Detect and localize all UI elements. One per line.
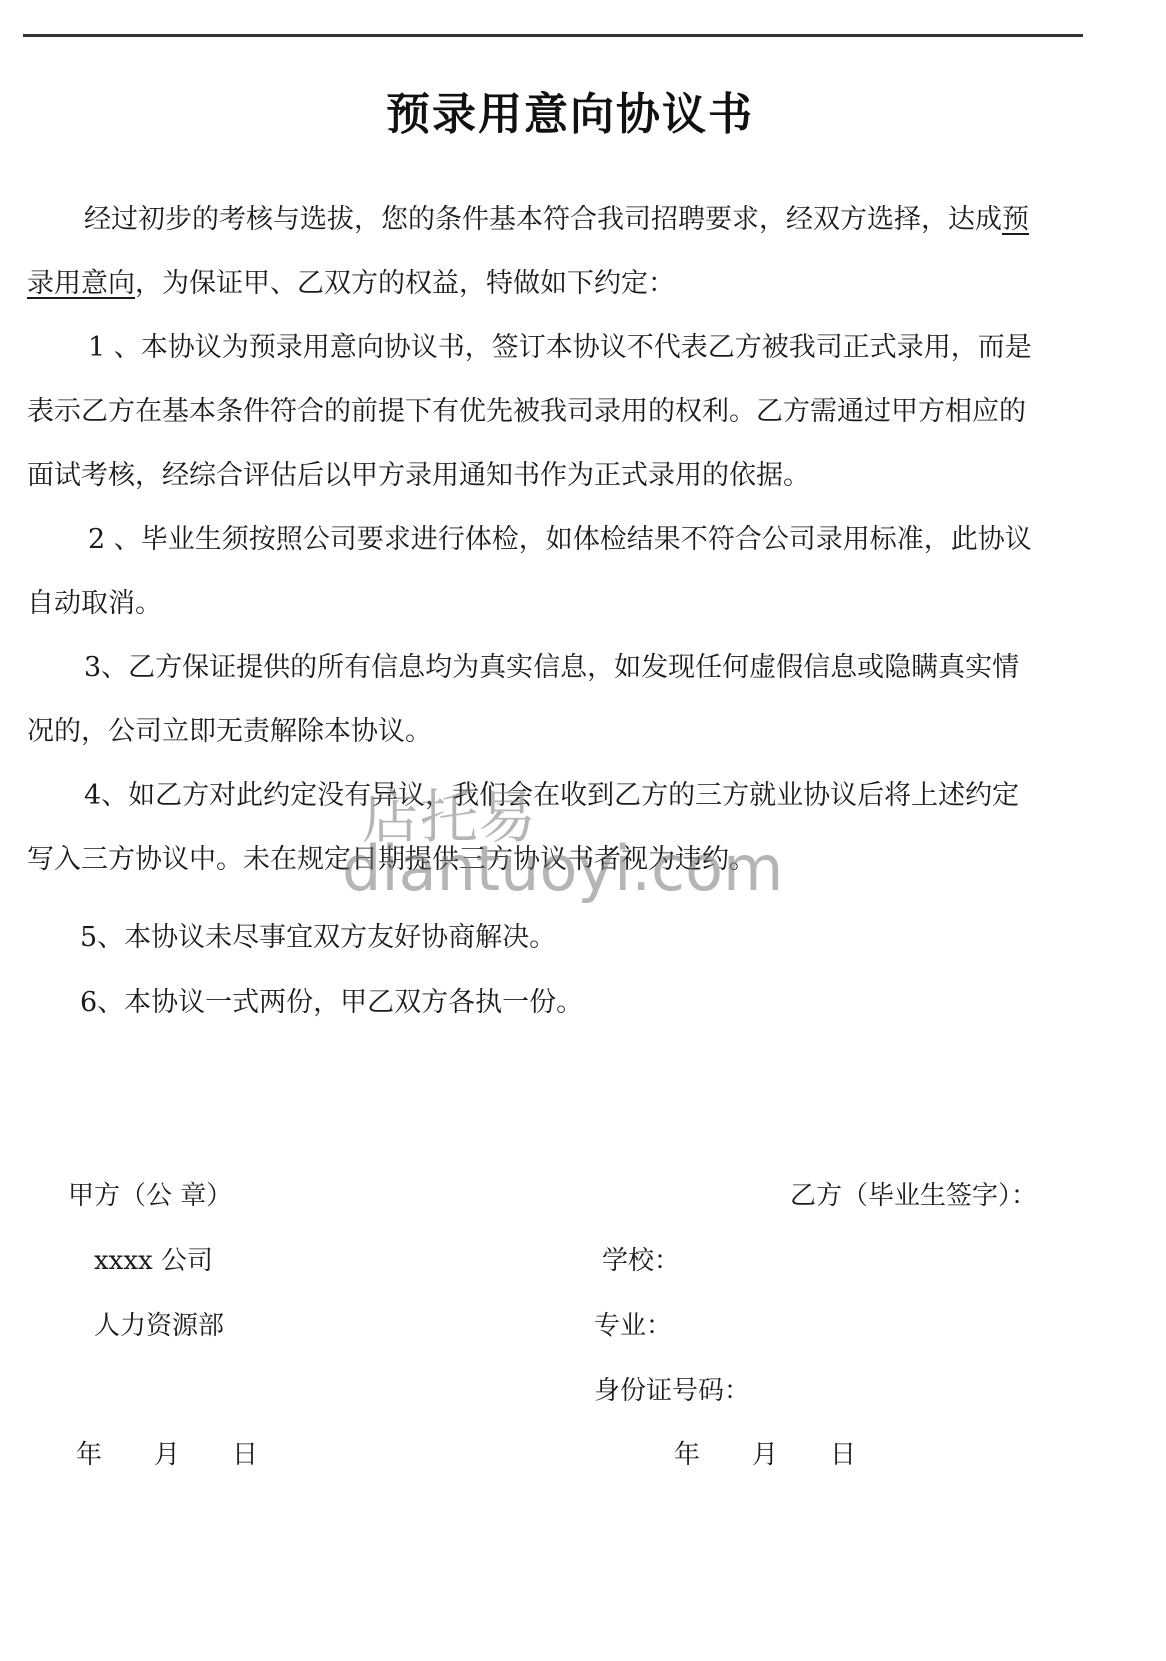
party-b-school: 学校： [602,1240,680,1277]
party-b-label: 乙方（毕业生签字）： [790,1175,1037,1212]
header-rule [23,34,1083,37]
document-title: 预录用意向协议书 [0,78,1140,142]
clause-4-line-2: 写入三方协议中。未在规定日期提供三方协议书者视为违约。 [27,837,756,876]
clause-3-line-2: 况的，公司立即无责解除本协议。 [27,709,432,748]
intro-text: ，为保证甲、乙双方的权益，特做如下约定： [135,268,675,299]
clause-1-line-1: 1 、本协议为预录用意向协议书，签订本协议不代表乙方被我司正式录用，而是 [88,325,1032,364]
party-b-major: 专业： [594,1305,672,1342]
clause-2-line-1: 2 、毕业生须按照公司要求进行体检，如体检结果不符合公司录用标准，此协议 [88,517,1032,556]
intro-line-1: 经过初步的考核与选拔，您的条件基本符合我司招聘要求，经双方选择，达成预 [84,197,1029,236]
intro-line-2: 录用意向，为保证甲、乙双方的权益，特做如下约定： [27,261,675,300]
clause-1-line-2: 表示乙方在基本条件符合的前提下有优先被我司录用的权利。乙方需通过甲方相应的 [27,389,1026,428]
clause-2-line-2: 自动取消。 [27,581,162,620]
intro-text: 经过初步的考核与选拔，您的条件基本符合我司招聘要求，经双方选择，达成 [84,204,1002,235]
clause-5: 5、本协议未尽事宜双方友好协商解决。 [80,915,556,954]
party-a-company: xxxx 公司 [94,1240,213,1277]
party-b-date: 年 月 日 [674,1434,856,1471]
party-a-department: 人力资源部 [94,1305,224,1342]
clause-6: 6、本协议一式两份，甲乙双方各执一份。 [80,980,583,1019]
clause-3-line-1: 3、乙方保证提供的所有信息均为真实信息，如发现任何虚假信息或隐瞒真实情 [84,645,1019,684]
party-a-label: 甲方（公 章） [68,1175,232,1212]
party-b-id-number: 身份证号码： [594,1370,750,1407]
intro-underlined-text: 录用意向 [27,268,135,299]
intro-underlined-text: 预 [1002,204,1029,235]
party-a-date: 年 月 日 [76,1434,258,1471]
clause-4-line-1: 4、如乙方对此约定没有异议，我们会在收到乙方的三方就业协议后将上述约定 [84,773,1019,812]
clause-1-line-3: 面试考核，经综合评估后以甲方录用通知书作为正式录用的依据。 [27,453,810,492]
